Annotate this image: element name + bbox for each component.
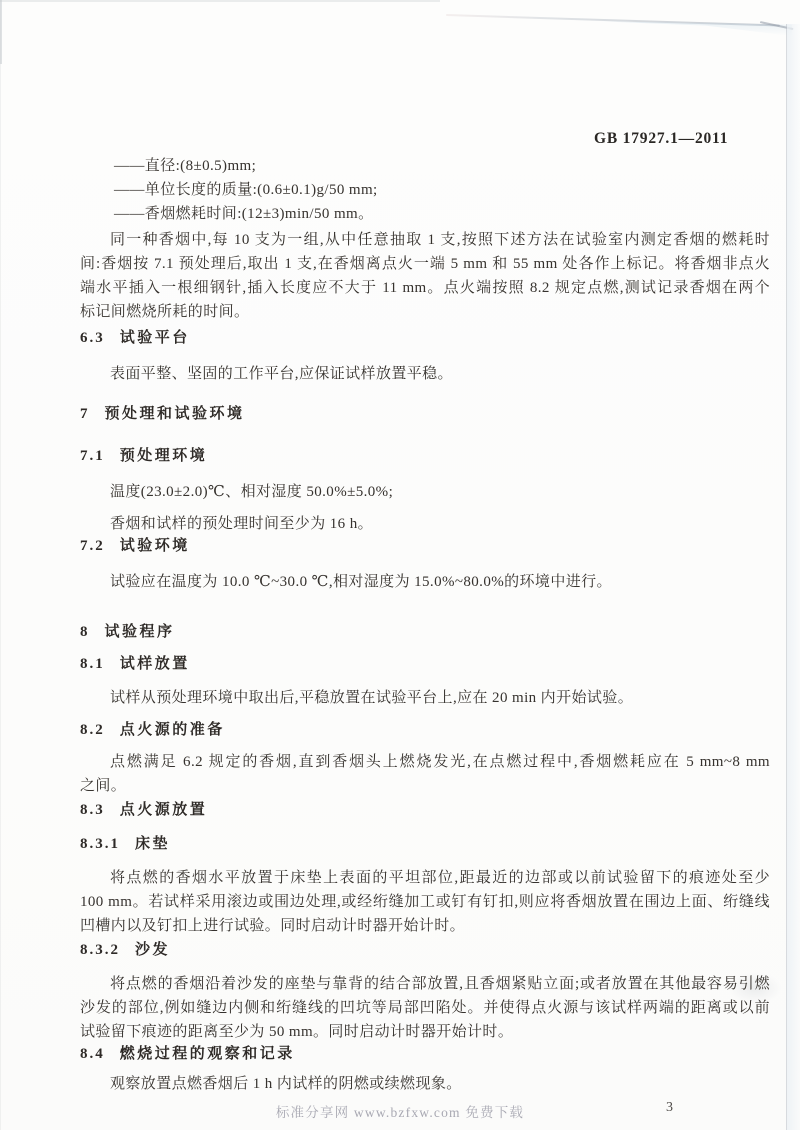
paragraph-line: 之间。 — [80, 774, 770, 798]
section-number: 8.3.1 — [80, 834, 120, 854]
section-heading-8-2: 8.2点火源的准备 — [80, 720, 770, 740]
standard-number: GB 17927.1—2011 — [594, 130, 728, 148]
spec-list-item: ——直径:(8±0.5)mm; — [80, 154, 770, 178]
paragraph-line: 试样从预处理环境中取出后,平稳放置在试验平台上,应在 20 min 内开始试验。 — [80, 686, 770, 710]
section-heading-7: 7预处理和试验环境 — [80, 404, 770, 424]
scanned-document-page: GB 17927.1—2011 ——直径:(8±0.5)mm; ——单位长度的质… — [0, 0, 800, 1130]
section-heading-7-1: 7.1预处理环境 — [80, 446, 770, 466]
section-body-7-2: 试验应在温度为 10.0 ℃~30.0 ℃,相对湿度为 15.0%~80.0%的… — [80, 570, 770, 594]
section-number: 8.3 — [80, 800, 105, 820]
section-title: 床垫 — [135, 836, 170, 852]
section-number: 8.2 — [80, 720, 105, 740]
scan-artifact-left-sliver — [0, 0, 2, 64]
section-title: 点火源放置 — [120, 802, 208, 818]
section-heading-8-1: 8.1试样放置 — [80, 654, 770, 674]
section-heading-6-3: 6.3试验平台 — [80, 328, 770, 348]
scan-artifact-right-band — [787, 24, 800, 1130]
section-title: 试验程序 — [105, 624, 175, 640]
section-heading-8-3-2: 8.3.2沙发 — [80, 940, 770, 960]
section-number: 8 — [80, 622, 90, 642]
section-number: 7 — [80, 404, 90, 424]
section-heading-7-2: 7.2试验环境 — [80, 536, 770, 556]
section-title: 预处理和试验环境 — [105, 406, 245, 422]
scan-artifact-diagonal-line — [446, 14, 780, 26]
section-number: 6.3 — [80, 328, 105, 348]
section-number: 8.1 — [80, 654, 105, 674]
intro-paragraph: 同一种香烟中,每 10 支为一组,从中任意抽取 1 支,按照下述方法在试验室内测… — [80, 228, 770, 324]
section-title: 预处理环境 — [120, 448, 208, 464]
section-title: 沙发 — [135, 942, 170, 958]
section-body-8-3-2: 将点燃的香烟沿着沙发的座垫与靠背的结合部放置,且香烟紧贴立面;或者放置在其他最容… — [80, 972, 770, 1044]
spec-list-item: ——单位长度的质量:(0.6±0.1)g/50 mm; — [80, 178, 770, 202]
section-number: 8.3.2 — [80, 940, 120, 960]
scan-artifact-corner-mark — [760, 21, 794, 30]
section-title: 试验环境 — [120, 538, 190, 554]
section-body-8-3-1: 将点燃的香烟水平放置于床垫上表面的平坦部位,距最近的边部或以前试验留下的痕迹处至… — [80, 866, 770, 938]
section-body-6-3: 表面平整、坚固的工作平台,应保证试样放置平稳。 — [80, 362, 770, 386]
paragraph-line: 同一种香烟中,每 10 支为一组,从中任意抽取 1 支,按照下述方法在试验室内测… — [80, 228, 770, 252]
watermark: 标准分享网 www.bzfxw.com 免费下载 — [0, 1101, 800, 1121]
paragraph-line: 标记间燃烧所耗的时间。 — [80, 300, 770, 324]
scan-artifact-top-edge — [0, 0, 440, 2]
section-title: 燃烧过程的观察和记录 — [120, 1046, 295, 1062]
paragraph-line: 间:香烟按 7.1 预处理后,取出 1 支,在香烟离点火一端 5 mm 和 55… — [80, 252, 770, 276]
spec-list-item: ——香烟燃耗时间:(12±3)min/50 mm。 — [80, 202, 770, 226]
paragraph-line: 点燃满足 6.2 规定的香烟,直到香烟头上燃烧发光,在点燃过程中,香烟燃耗应在 … — [80, 750, 770, 774]
paragraph-line: 香烟和试样的预处理时间至少为 16 h。 — [80, 512, 770, 536]
section-heading-8: 8试验程序 — [80, 622, 770, 642]
scan-artifact-right-edge-line — [786, 24, 787, 1130]
section-title: 试验平台 — [120, 330, 190, 346]
section-title: 点火源的准备 — [120, 722, 225, 738]
paragraph-line: 100 mm。若试样采用滚边或围边处理,或经绗缝加工或钉有钉扣,则应将香烟放置在… — [80, 890, 770, 914]
paragraph-line: 温度(23.0±2.0)℃、相对湿度 50.0%±5.0%; — [80, 480, 770, 504]
spec-list: ——直径:(8±0.5)mm; ——单位长度的质量:(0.6±0.1)g/50 … — [80, 154, 770, 226]
paragraph-line: 将点燃的香烟沿着沙发的座垫与靠背的结合部放置,且香烟紧贴立面;或者放置在其他最容… — [80, 972, 770, 996]
scan-artifact-corner-shadow — [600, 20, 792, 36]
paragraph-line: 观察放置点燃香烟后 1 h 内试样的阴燃或续燃现象。 — [80, 1072, 770, 1096]
paragraph-line: 试验应在温度为 10.0 ℃~30.0 ℃,相对湿度为 15.0%~80.0%的… — [80, 570, 770, 594]
section-body-8-2: 点燃满足 6.2 规定的香烟,直到香烟头上燃烧发光,在点燃过程中,香烟燃耗应在 … — [80, 750, 770, 798]
section-body-7-1: 温度(23.0±2.0)℃、相对湿度 50.0%±5.0%; 香烟和试样的预处理… — [80, 480, 770, 536]
section-heading-8-4: 8.4燃烧过程的观察和记录 — [80, 1044, 770, 1064]
paragraph-line: 沙发的部位,例如缝边内侧和绗缝线的凹坑等局部凹陷处。并使得点火源与该试样两端的距… — [80, 996, 770, 1020]
scan-artifact-left-hairline — [0, 0, 1, 1130]
paragraph-line: 试验留下痕迹的距离至少为 50 mm。同时启动计时器开始计时。 — [80, 1020, 770, 1044]
section-body-8-1: 试样从预处理环境中取出后,平稳放置在试验平台上,应在 20 min 内开始试验。 — [80, 686, 770, 710]
section-number: 7.1 — [80, 446, 105, 466]
paragraph-line: 端水平插入一根细钢针,插入长度应不大于 11 mm。点火端按照 8.2 规定点燃… — [80, 276, 770, 300]
section-number: 7.2 — [80, 536, 105, 556]
section-heading-8-3-1: 8.3.1床垫 — [80, 834, 770, 854]
section-body-8-4: 观察放置点燃香烟后 1 h 内试样的阴燃或续燃现象。 — [80, 1072, 770, 1096]
section-title: 试样放置 — [120, 656, 190, 672]
section-heading-8-3: 8.3点火源放置 — [80, 800, 770, 820]
paragraph-line: 将点燃的香烟水平放置于床垫上表面的平坦部位,距最近的边部或以前试验留下的痕迹处至… — [80, 866, 770, 890]
paragraph-line: 凹槽内以及钉扣上进行试验。同时启动计时器开始计时。 — [80, 914, 770, 938]
paragraph-line: 表面平整、坚固的工作平台,应保证试样放置平稳。 — [80, 362, 770, 386]
section-number: 8.4 — [80, 1044, 105, 1064]
